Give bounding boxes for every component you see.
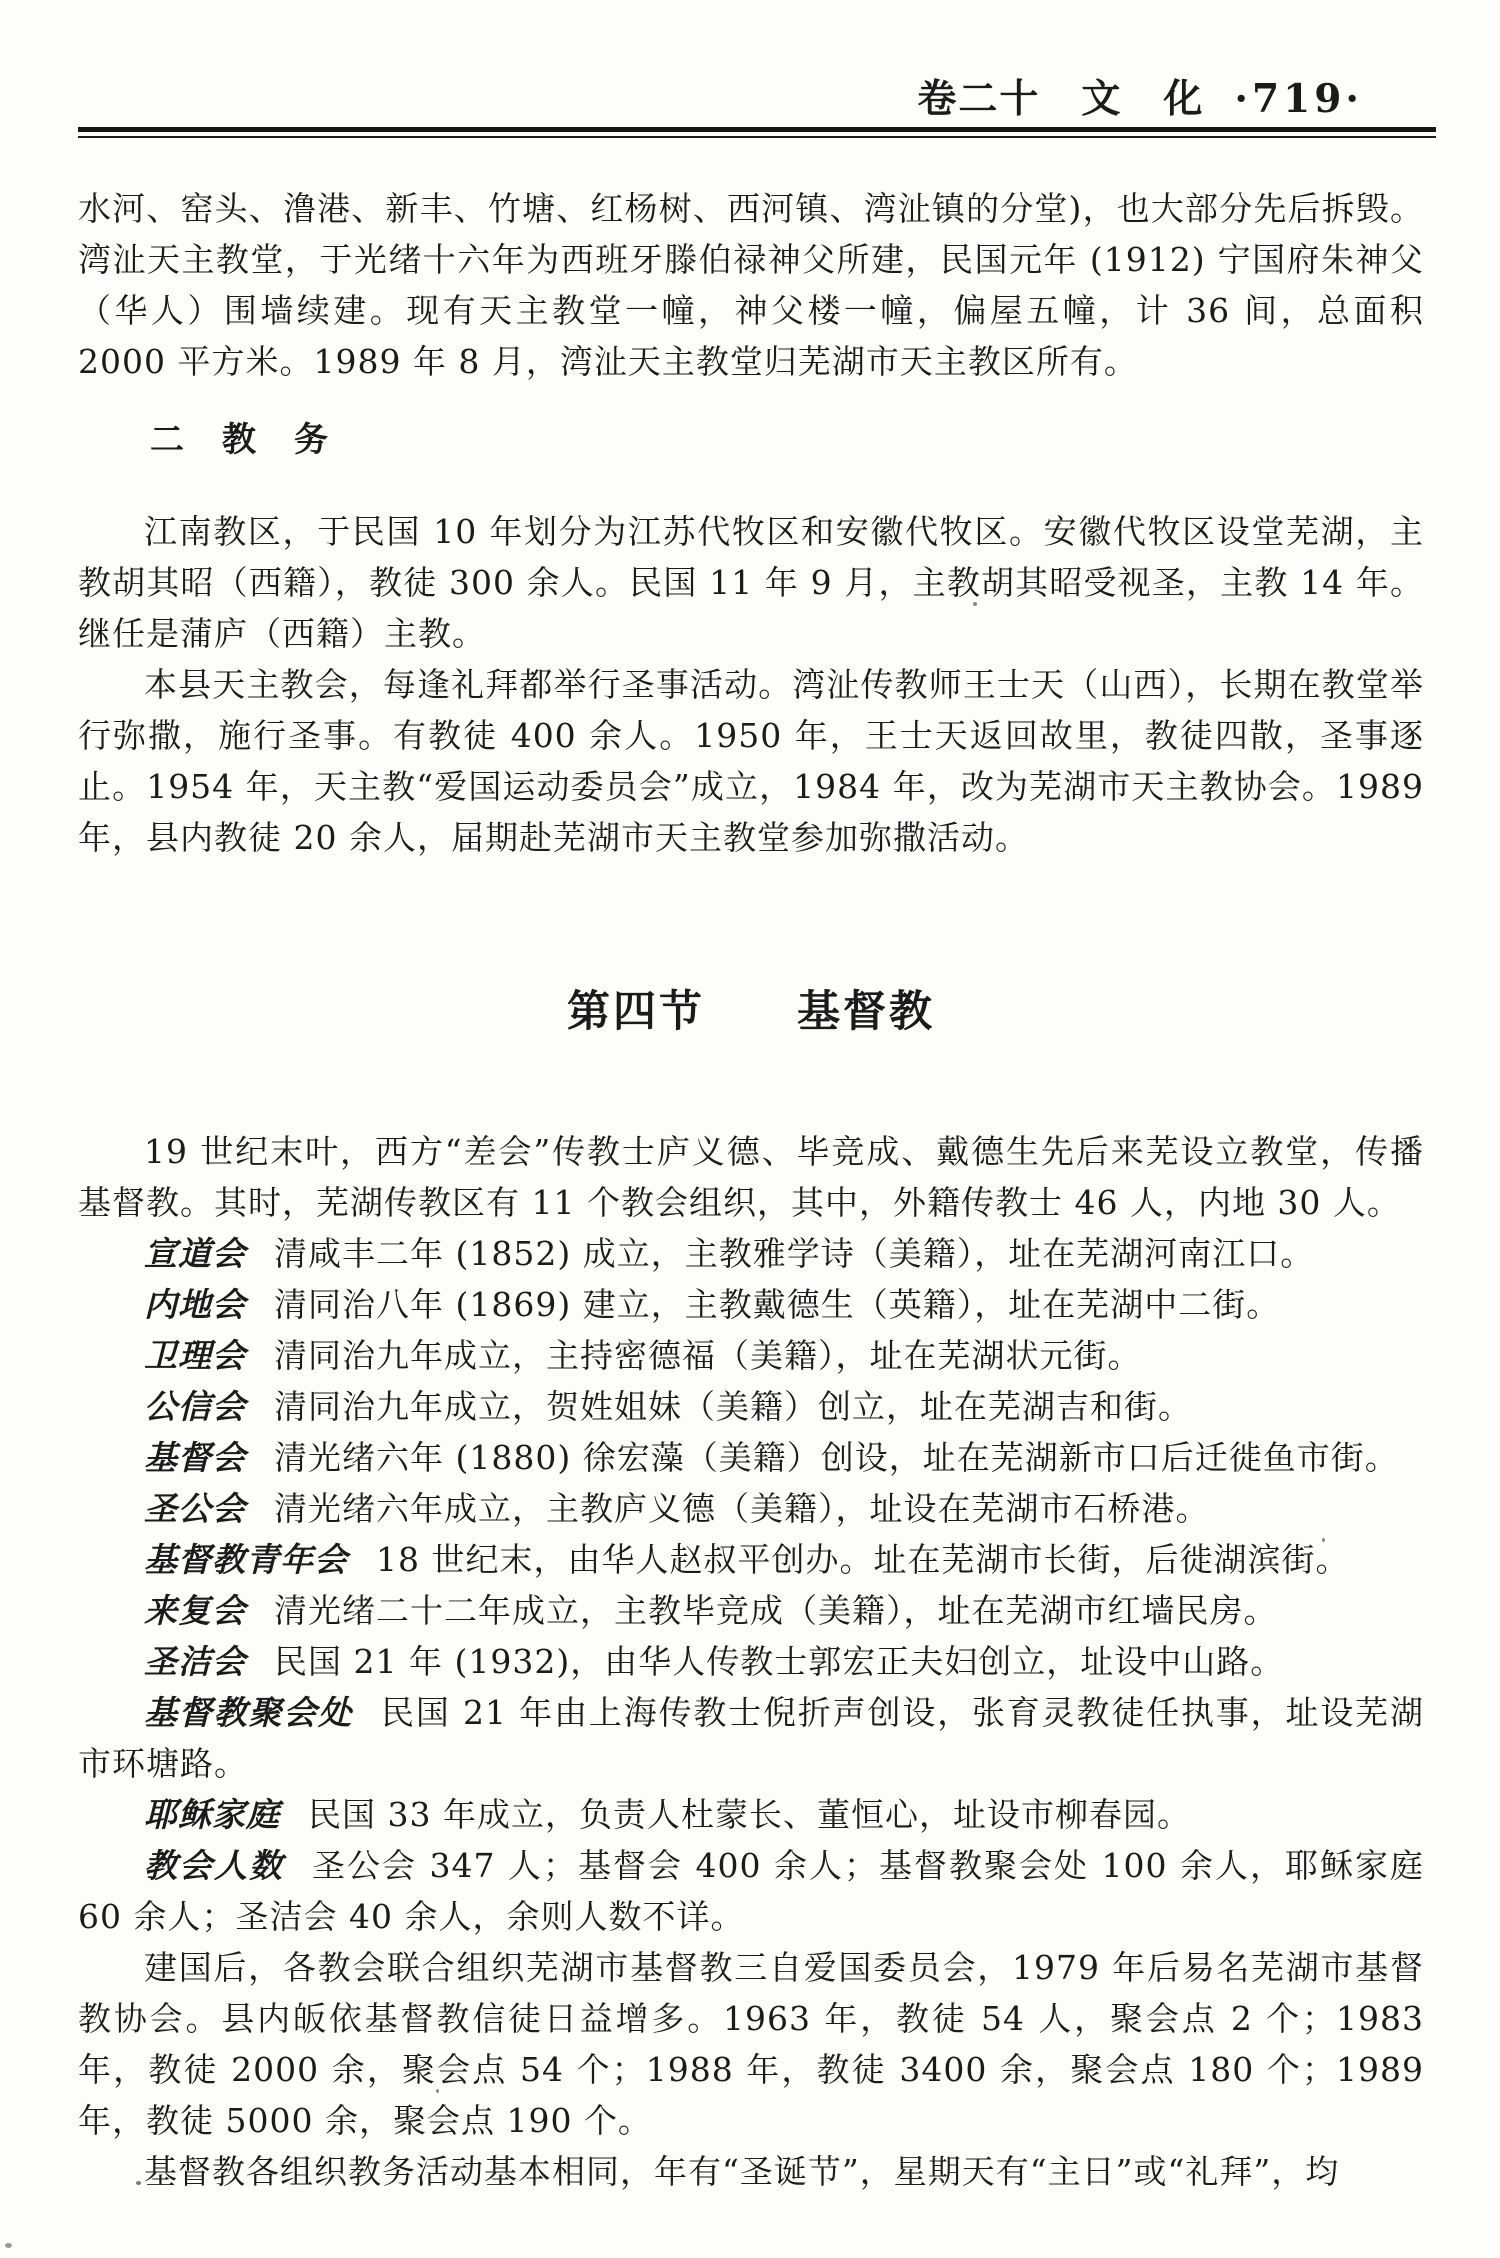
term-item: 教会人数圣公会 347 人；基督会 400 余人；基督教聚会处 100 余人，耶… <box>78 1840 1424 1942</box>
term-label: 耶稣家庭 <box>144 1795 280 1834</box>
term-item: 公信会清同治九年成立，贺姓姐妹（美籍）创立，址在芜湖吉和街。 <box>78 1381 1424 1432</box>
term-label: 来复会 <box>144 1591 246 1630</box>
scan-speck <box>1322 1538 1325 1542</box>
term-item: 圣公会清光绪六年成立，主教庐义德（美籍），址设在芜湖市石桥港。 <box>78 1483 1424 1534</box>
term-label: 基督教青年会 <box>144 1540 348 1579</box>
term-label: 教会人数 <box>144 1846 284 1885</box>
paragraph: 基督教各组织教务活动基本相同，年有“圣诞节”，星期天有“主日”或“礼拜”，均 <box>78 2146 1424 2197</box>
scan-speck <box>436 2089 439 2093</box>
term-text: 清咸丰二年 (1852) 成立，主教雅学诗（美籍），址在芜湖河南江口。 <box>274 1234 1314 1273</box>
page-number: ·719· <box>1234 76 1363 122</box>
term-label: 内地会 <box>144 1285 246 1324</box>
term-text: 清同治九年成立，主持密德福（美籍），址在芜湖状元街。 <box>274 1336 1142 1375</box>
term-label: 圣公会 <box>144 1489 246 1528</box>
term-item: 圣洁会民国 21 年 (1932)，由华人传教士郭宏正夫妇创立，址设中山路。 <box>78 1636 1424 1687</box>
paragraph: 本县天主教会，每逢礼拜都举行圣事活动。湾沚传教师王士天（山西），长期在教堂举行弥… <box>78 659 1424 863</box>
header-double-rule <box>78 127 1436 138</box>
term-item: 来复会清光绪二十二年成立，主教毕竞成（美籍），址在芜湖市红墙民房。 <box>78 1585 1424 1636</box>
term-text: 民国 21 年 (1932)，由华人传教士郭宏正夫妇创立，址设中山路。 <box>274 1642 1284 1681</box>
term-label: 圣洁会 <box>144 1642 246 1681</box>
section-heading: 二 教 务 <box>150 415 1424 466</box>
term-text: 民国 33 年成立，负责人杜蒙长、董恒心，址设市柳春园。 <box>308 1795 1191 1834</box>
term-item: 基督教聚会处民国 21 年由上海传教士倪折声创设，张育灵教徒任执事，址设芜湖市环… <box>78 1687 1424 1789</box>
scan-speck <box>136 2181 141 2185</box>
term-item: 宣道会清咸丰二年 (1852) 成立，主教雅学诗（美籍），址在芜湖河南江口。 <box>78 1228 1424 1279</box>
chapter-title: 第四节 基督教 <box>78 988 1424 1036</box>
term-text: 清光绪二十二年成立，主教毕竞成（美籍），址在芜湖市红墙民房。 <box>274 1591 1278 1630</box>
term-item: 基督教青年会18 世纪末，由华人赵叔平创办。址在芜湖市长街，后徙湖滨街。 <box>78 1534 1424 1585</box>
term-label: 基督会 <box>144 1438 246 1477</box>
term-text: 清同治八年 (1869) 建立，主教戴德生（英籍），址在芜湖中二街。 <box>274 1285 1280 1324</box>
term-text: 清光绪六年成立，主教庐义德（美籍），址设在芜湖市石桥港。 <box>274 1489 1210 1528</box>
term-label: 宣道会 <box>144 1234 246 1273</box>
paragraph: 建国后，各教会联合组织芜湖市基督教三自爱国委员会，1979 年后易名芜湖市基督教… <box>78 1942 1424 2146</box>
term-text: 清光绪六年 (1880) 徐宏藻（美籍）创设，址在芜湖新市口后迁徙鱼市街。 <box>274 1438 1399 1477</box>
running-head: 卷二十 文 化·719· <box>0 76 1363 122</box>
term-item: 耶稣家庭民国 33 年成立，负责人杜蒙长、董恒心，址设市柳春园。 <box>78 1789 1424 1840</box>
paragraph: 江南教区，于民国 10 年划分为江苏代牧区和安徽代牧区。安徽代牧区设堂芜湖，主教… <box>78 506 1424 659</box>
running-head-title: 卷二十 文 化 <box>917 76 1204 122</box>
term-text: 清同治九年成立，贺姓姐妹（美籍）创立，址在芜湖吉和街。 <box>274 1387 1192 1426</box>
term-text: 18 世纪末，由华人赵叔平创办。址在芜湖市长街，后徙湖滨街。 <box>376 1540 1349 1579</box>
document-page: 卷二十 文 化·719· 水河、窑头、澛港、新丰、竹塘、红杨树、西河镇、湾沚镇的… <box>0 0 1500 2258</box>
term-item: 基督会清光绪六年 (1880) 徐宏藻（美籍）创设，址在芜湖新市口后迁徙鱼市街。 <box>78 1432 1424 1483</box>
term-label: 基督教聚会处 <box>144 1693 353 1732</box>
term-label: 卫理会 <box>144 1336 246 1375</box>
paragraph: 水河、窑头、澛港、新丰、竹塘、红杨树、西河镇、湾沚镇的分堂)，也大部分先后拆毁。… <box>78 183 1424 387</box>
scan-speck <box>973 602 977 606</box>
scan-speck <box>5 2243 12 2248</box>
term-item: 内地会清同治八年 (1869) 建立，主教戴德生（英籍），址在芜湖中二街。 <box>78 1279 1424 1330</box>
term-label: 公信会 <box>144 1387 246 1426</box>
paragraph: 19 世纪末叶，西方“差会”传教士庐义德、毕竞成、戴德生先后来芜设立教堂，传播基… <box>78 1126 1424 1228</box>
term-item: 卫理会清同治九年成立，主持密德福（美籍），址在芜湖状元街。 <box>78 1330 1424 1381</box>
document-body: 水河、窑头、澛港、新丰、竹塘、红杨树、西河镇、湾沚镇的分堂)，也大部分先后拆毁。… <box>78 183 1424 2197</box>
scan-speck <box>856 1149 859 1152</box>
